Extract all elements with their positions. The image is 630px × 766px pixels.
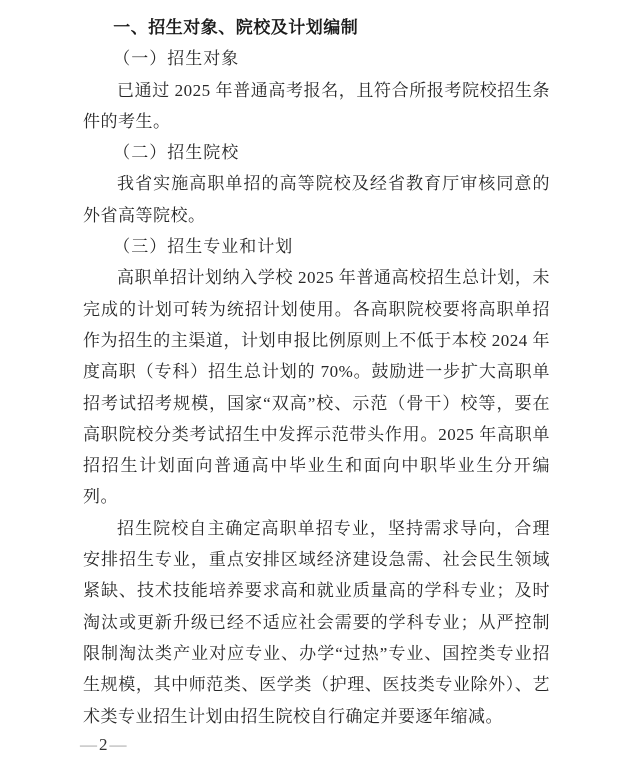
page-number-dash-left: — bbox=[80, 735, 97, 754]
paragraph-major-selection: 招生院校自主确定高职单招专业，坚持需求导向，合理安排招生专业，重点安排区域经济建… bbox=[83, 513, 550, 732]
document-body: 一、招生对象、院校及计划编制 （一）招生对象 已通过 2025 年普通高考报名，… bbox=[83, 12, 550, 732]
paragraph-enrollment-plan: 高职单招计划纳入学校 2025 年普通高校招生总计划，未完成的计划可转为统招计划… bbox=[83, 262, 550, 512]
document-page: { "document": { "blocks": [ { "type": "h… bbox=[0, 0, 630, 766]
page-number-footer: —2— bbox=[80, 735, 127, 755]
subsection-heading-2: （二）招生院校 bbox=[83, 137, 550, 168]
page-number: 2 bbox=[97, 735, 110, 754]
page-number-dash-right: — bbox=[110, 735, 127, 754]
subsection-heading-1: （一）招生对象 bbox=[83, 43, 550, 74]
paragraph-enrollment-institutions: 我省实施高职单招的高等院校及经省教育厅审核同意的外省高等院校。 bbox=[83, 168, 550, 231]
subsection-heading-3: （三）招生专业和计划 bbox=[83, 231, 550, 262]
section-heading: 一、招生对象、院校及计划编制 bbox=[83, 12, 550, 43]
paragraph-enrollment-targets: 已通过 2025 年普通高考报名，且符合所报考院校招生条件的考生。 bbox=[83, 75, 550, 138]
